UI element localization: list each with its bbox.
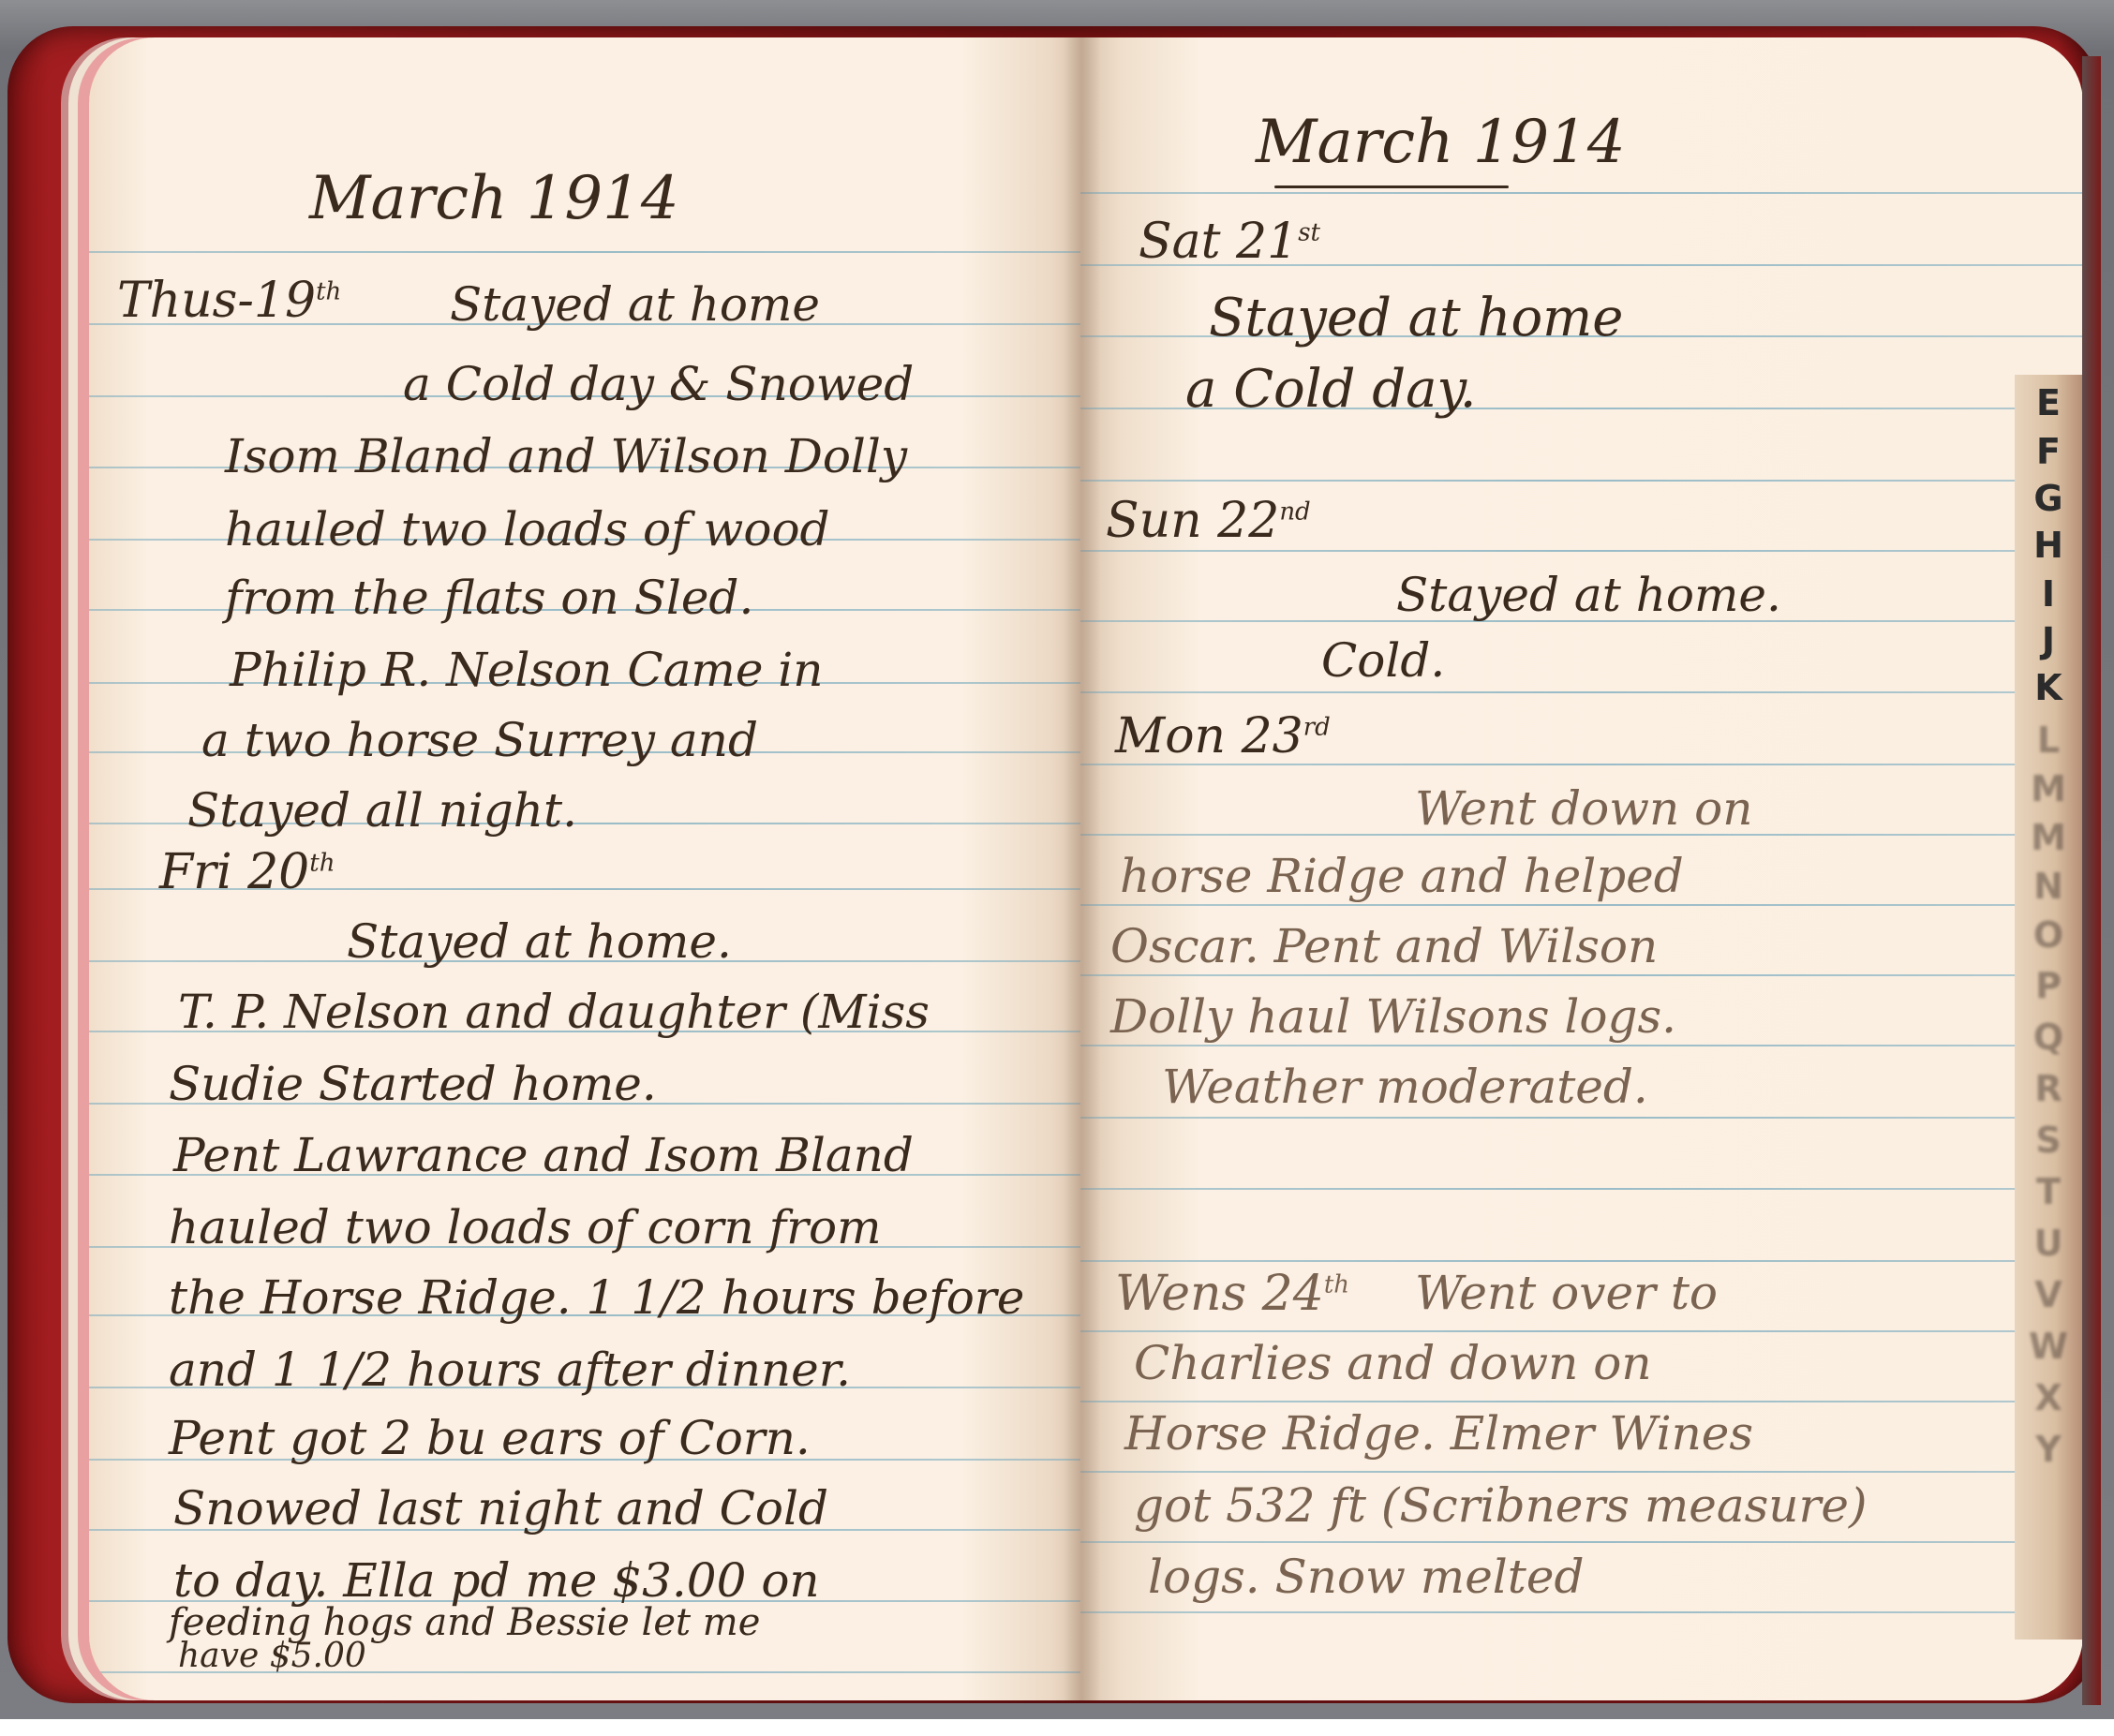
index-tab-letter[interactable]: S [2022, 1120, 2075, 1161]
entry-line: Charlies and down on [1134, 1340, 1652, 1387]
ruled-line [1080, 550, 2083, 552]
entry-line: and 1 1/2 hours after dinner. [169, 1346, 851, 1393]
index-tab-letter[interactable]: M [2022, 768, 2075, 809]
entry-line: hauled two loads of wood [225, 506, 830, 553]
ruled-line [1080, 1611, 2083, 1613]
entry-line: Stayed at home. [347, 918, 732, 965]
left-page-heading: March 1914 [309, 169, 679, 229]
entry-line: Isom Bland and Wilson Dolly [225, 433, 907, 480]
index-tab-letter[interactable]: L [2022, 720, 2075, 761]
entry-line: Snowed last night and Cold [173, 1485, 828, 1532]
index-tab-letter[interactable]: Q [2022, 1016, 2075, 1058]
heading-underline [1274, 185, 1509, 188]
ruled-line [1080, 974, 2083, 976]
entry-line: a Cold day. [1185, 364, 1477, 416]
index-tab-letter[interactable]: R [2022, 1068, 2075, 1109]
ruled-line [1080, 691, 2083, 693]
entry-line: Sudie Started home. [169, 1061, 657, 1107]
index-tab-letter[interactable]: K [2022, 667, 2075, 708]
entry-day-label: Mon 23rd [1115, 712, 1331, 761]
entry-line: Pent Lawrance and Isom Bland [173, 1132, 914, 1179]
index-tab-letter[interactable]: Y [2022, 1429, 2075, 1470]
ruled-line [1080, 192, 2083, 194]
ruled-line [1080, 904, 2083, 906]
entry-line: Stayed at home. [1396, 571, 1781, 618]
index-tab-letter[interactable]: X [2022, 1377, 2075, 1418]
entry-day-label: Sat 21st [1139, 217, 1320, 266]
ruled-line [1080, 1188, 2083, 1190]
entry-line: Philip R. Nelson Came in [230, 646, 824, 693]
entry-line: Horse Ridge. Elmer Wines [1124, 1410, 1753, 1457]
entry-line: Oscar. Pent and Wilson [1110, 923, 1658, 970]
index-tab-letter[interactable]: N [2022, 866, 2075, 907]
ruled-line [1080, 1471, 2083, 1473]
index-tab-letter[interactable]: T [2022, 1171, 2075, 1212]
entry-day-label: Sun 22nd [1106, 497, 1311, 545]
entry-line: Weather moderated. [1162, 1063, 1648, 1110]
index-tab-letter[interactable]: W [2022, 1326, 2075, 1367]
entry-line: a Cold day & Snowed [403, 361, 914, 408]
ruled-line [89, 251, 1080, 253]
entry-line: T. P. Nelson and daughter (Miss [178, 988, 930, 1035]
entry-line: a two horse Surrey and [201, 717, 758, 764]
index-tab-letter[interactable]: V [2022, 1274, 2075, 1315]
entry-line: from the flats on Sled. [225, 574, 753, 621]
entry-line: the Horse Ridge. 1 1/2 hours before [169, 1274, 1024, 1321]
entry-line: Stayed at home [450, 281, 820, 328]
entry-line: Pent got 2 bu ears of Corn. [169, 1415, 811, 1462]
index-tab-letter[interactable]: M [2022, 817, 2075, 858]
book-spine-gutter [1064, 37, 1101, 1700]
ruled-line [1080, 1401, 2083, 1402]
entry-line: to day. Ella pd me $3.00 on [173, 1557, 820, 1604]
ruled-line [1080, 1260, 2083, 1262]
index-tab-letter[interactable]: H [2022, 525, 2075, 566]
entry-line: hauled two loads of corn from [169, 1204, 882, 1251]
cover-edge [2082, 56, 2101, 1705]
entry-day-label: Fri 20th [159, 848, 335, 897]
entry-line: Dolly haul Wilsons logs. [1110, 993, 1676, 1040]
entry-line: feeding hogs and Bessie let me [169, 1604, 760, 1641]
entry-line: Went down on [1415, 785, 1752, 832]
index-tab-letter[interactable]: E [2022, 382, 2075, 423]
entry-day-label: Thus-19th [117, 276, 341, 325]
ruled-line [1080, 1330, 2083, 1332]
entry-day-label: Wens 24th [1115, 1269, 1349, 1318]
entry-line: Went over to [1415, 1269, 1718, 1316]
index-tab-letter[interactable]: U [2022, 1223, 2075, 1264]
entry-line: Stayed at home [1209, 292, 1623, 345]
ruled-line [1080, 480, 2083, 482]
entry-line: got 532 ft (Scribners measure) [1134, 1482, 1868, 1529]
index-tab-letter[interactable]: G [2022, 478, 2075, 519]
index-tab-letter[interactable]: P [2022, 965, 2075, 1006]
entry-line: Cold. [1321, 637, 1445, 684]
index-tab-letter[interactable]: F [2022, 431, 2075, 472]
entry-line: horse Ridge and helped [1120, 853, 1684, 899]
index-tab-letter[interactable]: I [2022, 573, 2075, 615]
entry-line: Stayed all night. [187, 787, 577, 834]
ruled-line [1080, 1045, 2083, 1046]
index-tab-letter[interactable]: J [2022, 620, 2075, 661]
right-page-heading: March 1914 [1256, 112, 1626, 172]
entry-line: logs. Snow melted [1148, 1553, 1584, 1600]
ruled-line [1080, 1117, 2083, 1119]
entry-line: have $5.00 [178, 1640, 366, 1673]
ruled-line [1080, 1541, 2083, 1543]
index-tab-letter[interactable]: O [2022, 914, 2075, 956]
